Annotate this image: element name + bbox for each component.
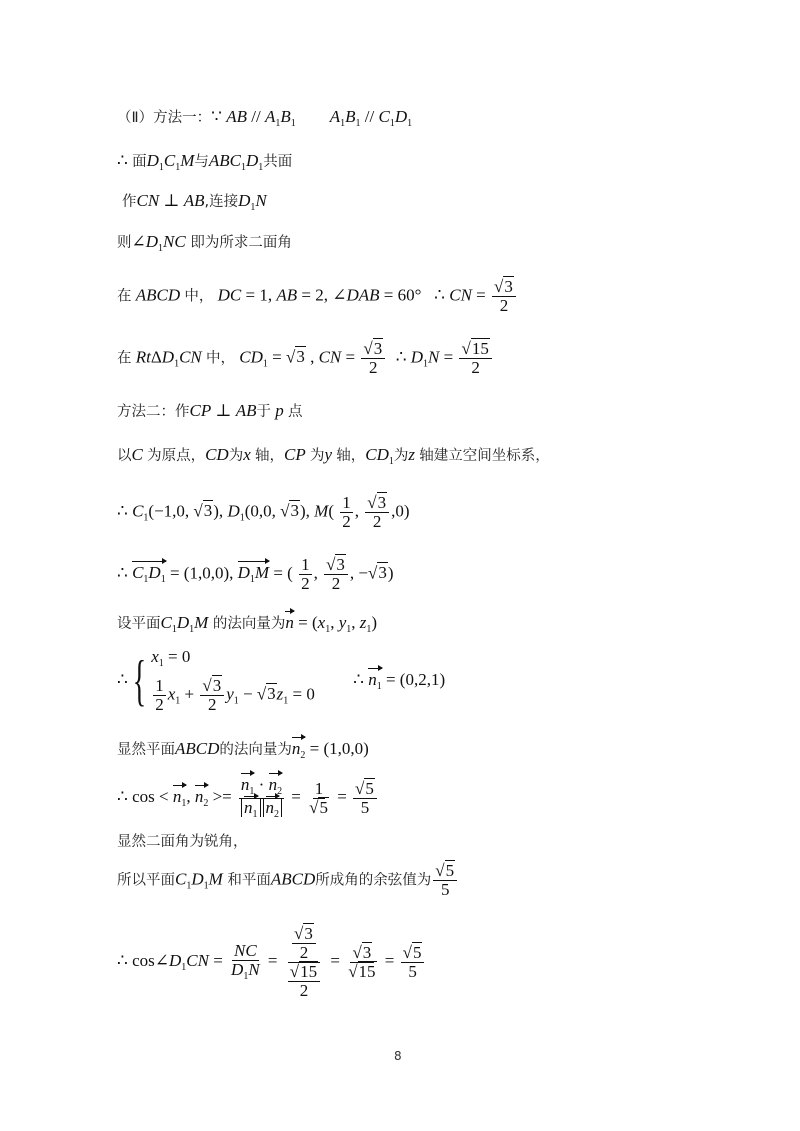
line-2: ∴ 面D1C1M与ABC1D1共面 — [117, 152, 292, 173]
text-fxl2: 的法向量为 — [219, 742, 292, 758]
fraction-sqrt3-over-2: √32 — [365, 494, 389, 531]
text-wei: 为 — [229, 448, 244, 464]
fraction-sqrt5-over-5: √55 — [401, 944, 425, 981]
text-wei: 为 — [310, 448, 325, 464]
vector-n2: n2 — [292, 740, 306, 761]
text-zhou: 轴， — [255, 448, 284, 464]
vector-n: n — [285, 614, 294, 631]
text-zhou: 轴建立空间坐标系， — [419, 448, 550, 464]
line-8: 以C 为原点，CD为x 轴，CP 为y 轴，CD1为z 轴建立空间坐标系， — [117, 446, 550, 467]
line-16: 所以平面C1D1M 和平面ABCD所成角的余弦值为√55 — [117, 862, 459, 899]
page-number: 8 — [394, 1049, 402, 1063]
line-4: 则∠D1NC 即为所求二面角 — [117, 233, 292, 254]
text-zai: 在 — [117, 350, 132, 366]
line-1: （Ⅱ）方法一：∵ AB // A1B1 A1B1 // C1D1 — [117, 108, 412, 129]
text-zhong: 中， — [184, 288, 213, 304]
fraction-1-over-sqrt5: 1√5 — [307, 780, 331, 817]
text-yu: 与 — [194, 154, 209, 170]
text-he: 和平面 — [223, 872, 271, 888]
text-yi: 以 — [117, 448, 132, 464]
line-11: 设平面C1D1M 的法向量为n = (x1, y1, z1) — [117, 614, 377, 635]
text-zai: 在 — [117, 288, 132, 304]
fraction-sqrt3-over-sqrt15: √3√15 — [346, 944, 378, 981]
fraction-NC-over-D1N: NCD1N — [229, 942, 262, 982]
equation-system: x1 = 0 12x1 + √32y1 − √3z1 = 0 — [151, 648, 315, 714]
text-mian: 面 — [132, 154, 147, 170]
fraction-sqrt5-over-5: √55 — [433, 862, 457, 899]
text-method2: 方法二：作 — [117, 404, 190, 420]
text-zuo: 作 — [122, 194, 137, 210]
line-12: ∴ { x1 = 0 12x1 + √32y1 − √3z1 = 0 ∴ n1 … — [117, 648, 445, 714]
text-part2-method1: （Ⅱ）方法一： — [117, 110, 211, 126]
line-13: 显然平面ABCD的法向量为n2 = (1,0,0) — [117, 740, 369, 761]
line-17: ∴ cos∠D1CN = NCD1N = √32√152 = √3√15 = √… — [117, 925, 426, 999]
vector-n1: n1 — [368, 671, 382, 692]
line-10: ∴ C1D1 = (1,0,0), D1M = ( 12, √32, −√3) — [117, 556, 394, 593]
fraction-1-over-2: 12 — [340, 494, 353, 531]
text-fxl: 的法向量为 — [208, 616, 285, 632]
text-zhou: 轴， — [336, 448, 365, 464]
line-9: ∴ C1(−1,0, √3), D1(0,0, √3), M( 12, √32,… — [117, 494, 410, 531]
text-zhong: 中， — [206, 350, 235, 366]
line-15: 显然二面角为锐角， — [117, 832, 248, 850]
text-she: 设平面 — [117, 616, 161, 632]
text-yuxian: 所成角的余弦值为 — [315, 872, 431, 888]
fraction-sqrt3-over-2: √32 — [492, 278, 516, 315]
text-jiwei: 即为所求二面角 — [186, 235, 292, 251]
fraction-sqrt5-over-5: √55 — [353, 780, 377, 817]
brace: { — [133, 653, 146, 709]
text-gongmian: 共面 — [263, 154, 292, 170]
fraction-complex: √32√152 — [284, 925, 324, 999]
vector-D1M: D1M — [238, 564, 269, 585]
line-6: 在 RtΔD1CN 中， CD1 = √3 , CN = √32 ∴ D1N =… — [117, 340, 494, 377]
text-dian: 点 — [288, 404, 303, 420]
text-ze: 则 — [117, 235, 132, 251]
text-yu2: 于 — [257, 404, 272, 420]
fraction-1-over-2: 12 — [299, 556, 312, 593]
vector-C1D1: C1D1 — [132, 564, 166, 585]
fraction-sqrt3-over-2: √32 — [361, 340, 385, 377]
line-5: 在 ABCD 中， DC = 1, AB = 2, ∠DAB = 60° ∴ C… — [117, 278, 518, 315]
line-14: ∴ cos < n1, n2 >= n1 · n2n1n2 = 1√5 = √5… — [117, 776, 379, 820]
fraction-sqrt15-over-2: √152 — [459, 340, 491, 377]
text-ruijiao: 显然二面角为锐角， — [117, 834, 248, 850]
line-7: 方法二：作CP ⊥ AB于 p 点 — [117, 402, 303, 420]
fraction-dot-over-norms: n1 · n2n1n2 — [238, 776, 285, 820]
text-yuandian: 为原点， — [147, 448, 205, 464]
line-3: 作CN ⊥ AB,连接D1N — [122, 192, 267, 213]
text-xianran: 显然平面 — [117, 742, 175, 758]
text-wei: 为 — [394, 448, 409, 464]
text-suoyi: 所以平面 — [117, 872, 175, 888]
fraction-sqrt3-over-2: √32 — [324, 556, 348, 593]
text-lianjie: ,连接 — [204, 194, 238, 210]
